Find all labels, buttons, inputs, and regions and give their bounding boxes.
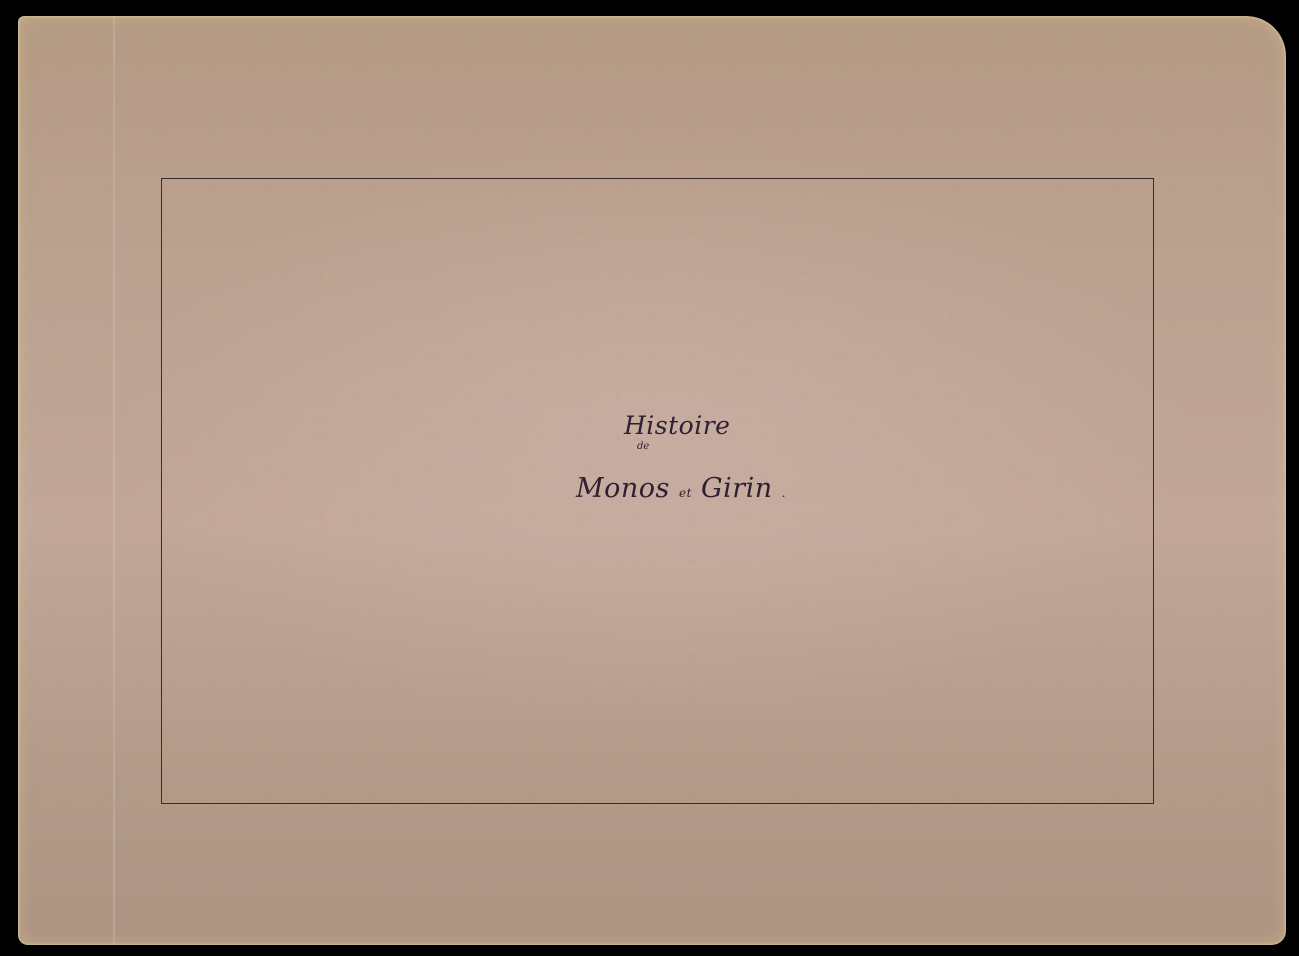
title-word-et: et bbox=[679, 486, 692, 500]
title-word-monos: Monos bbox=[576, 473, 670, 504]
title-line-monos-et-girin: Monos et Girin . bbox=[576, 473, 786, 504]
title-word-girin: Girin bbox=[701, 473, 773, 504]
ink-border-frame: Histoire de Monos et Girin . bbox=[161, 178, 1154, 804]
title-period: . bbox=[782, 486, 786, 500]
title-line-histoire: Histoire bbox=[624, 411, 730, 440]
cover-sheet: Histoire de Monos et Girin . bbox=[18, 16, 1286, 945]
title-line-de: de bbox=[637, 441, 649, 452]
